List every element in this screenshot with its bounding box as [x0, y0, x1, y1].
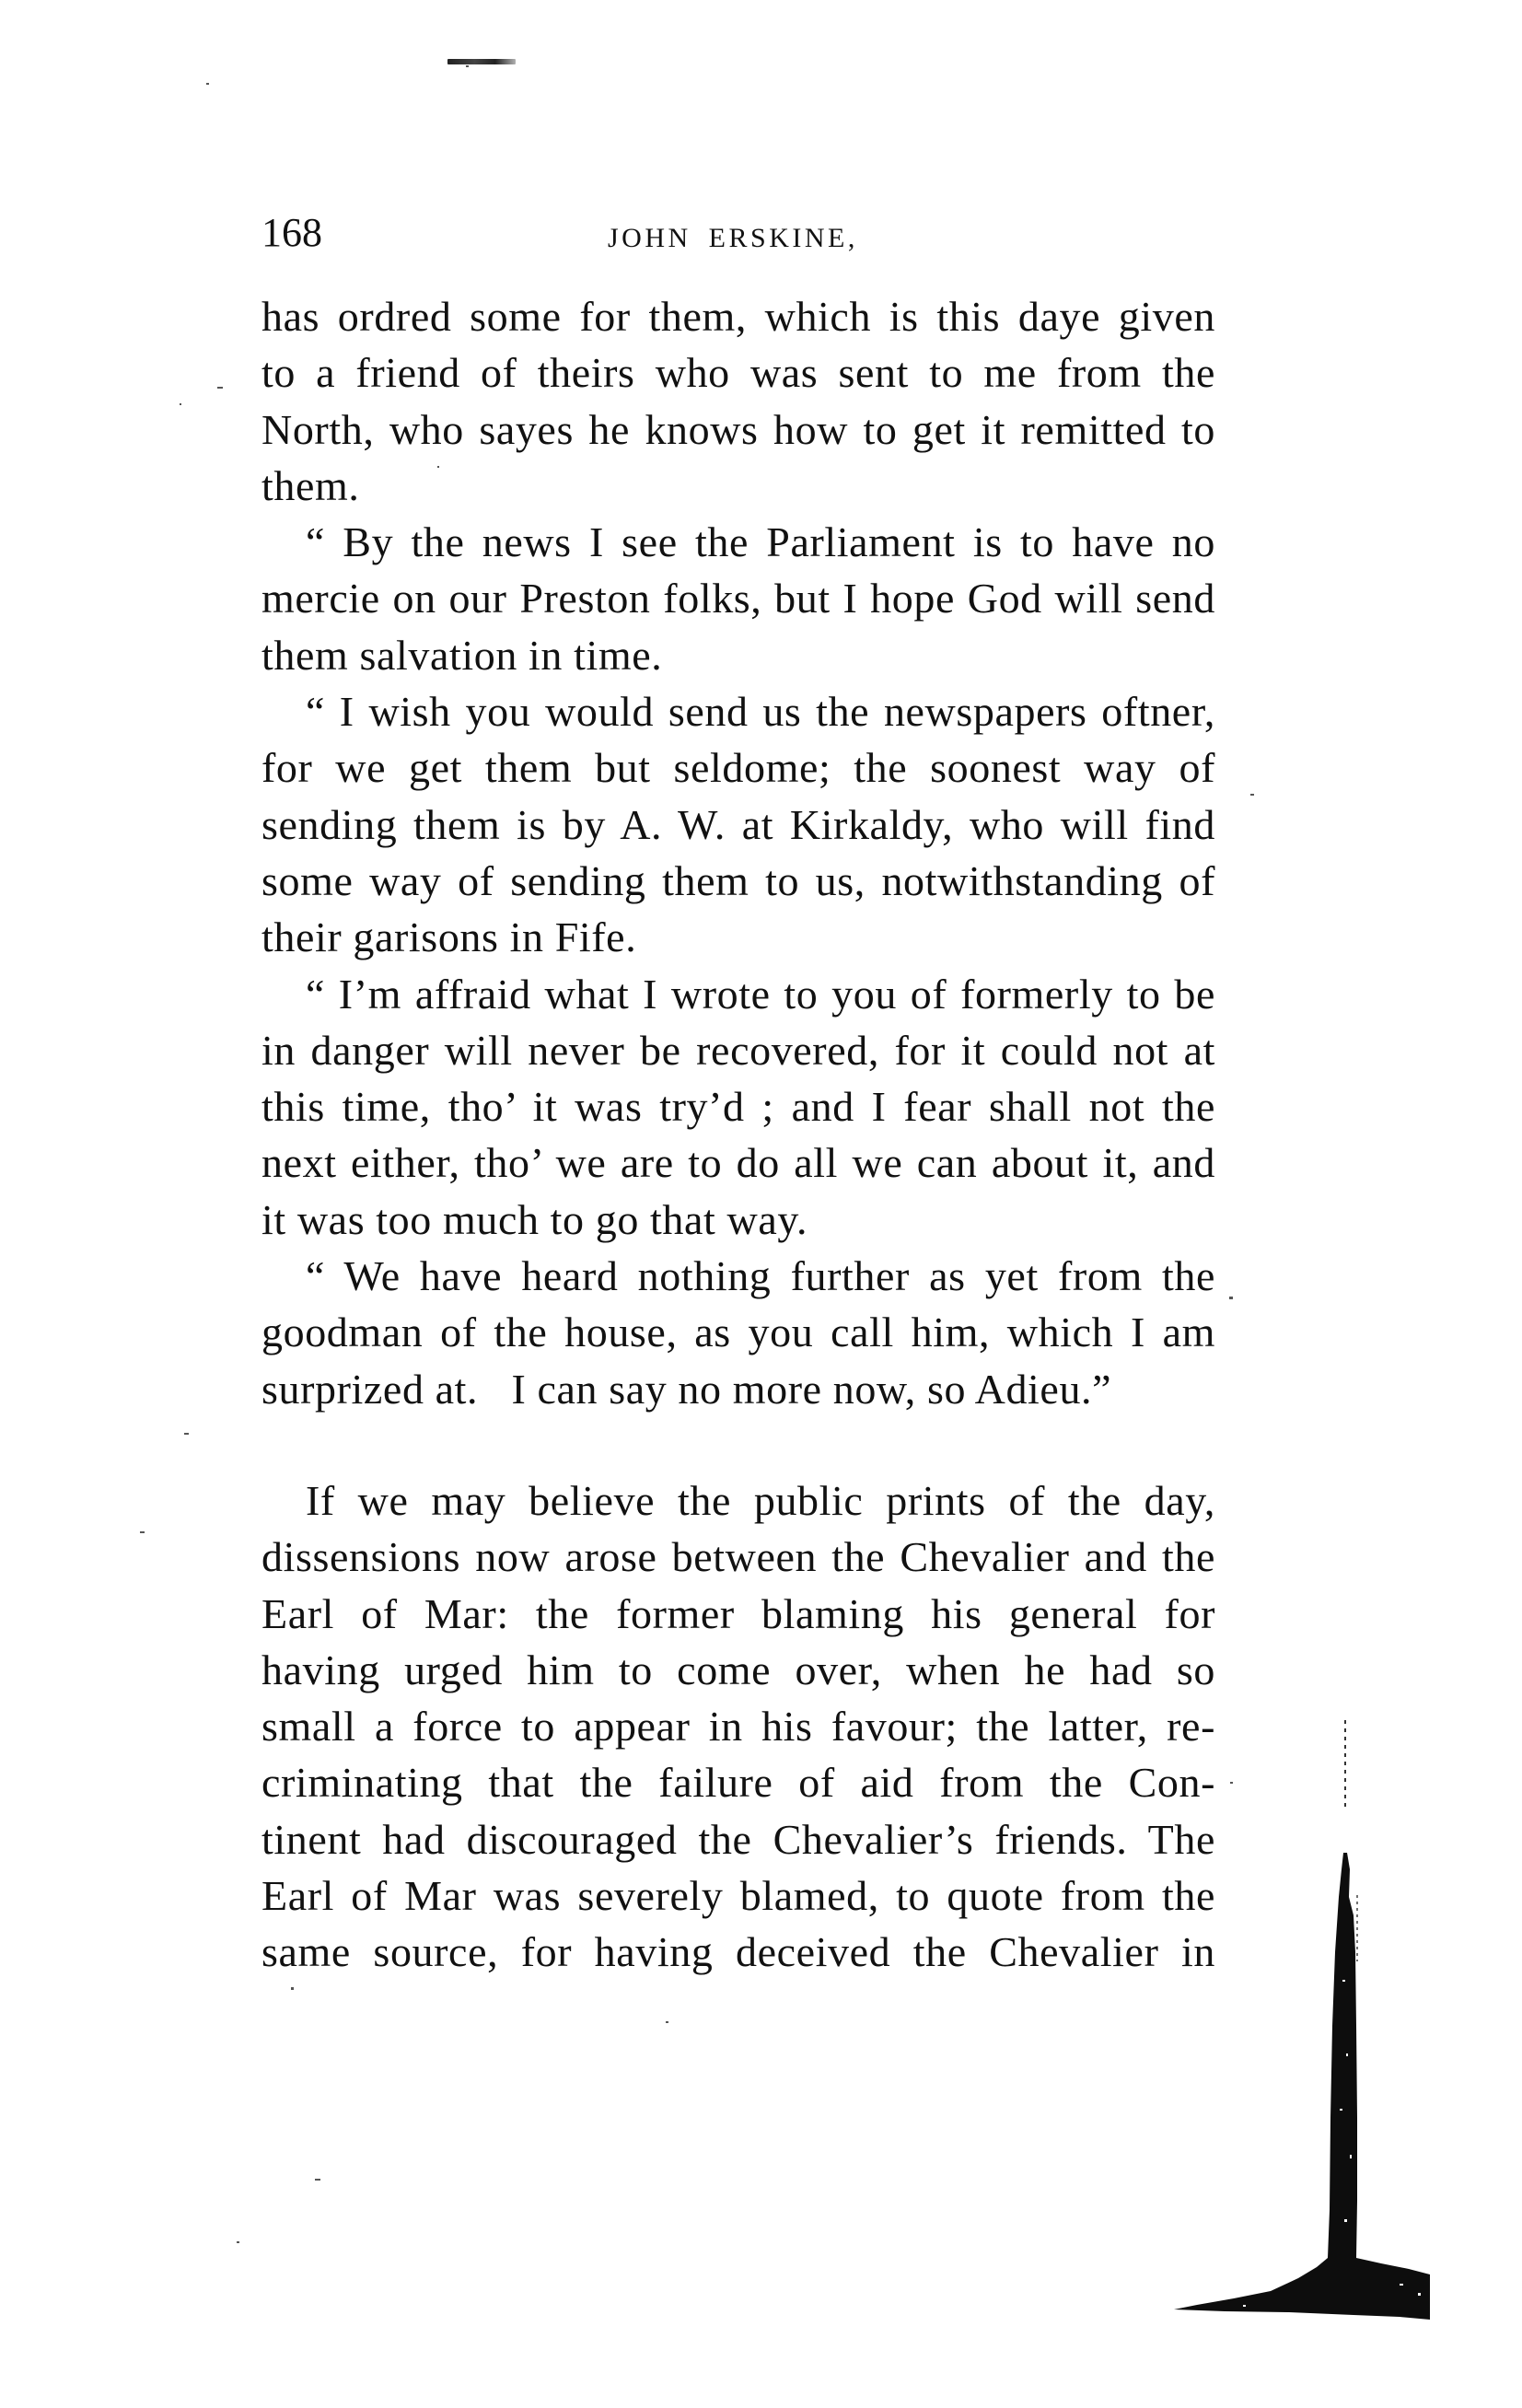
text-line: criminating that the failure of aid from…: [261, 1754, 1215, 1810]
text-line: to a friend of theirs who was sent to me…: [261, 344, 1215, 401]
scan-speck: [184, 1433, 189, 1435]
binding-shadow-artifact: [1169, 1713, 1446, 2330]
text-line: in danger will never be recovered, for i…: [261, 1022, 1215, 1078]
scan-speck: [140, 1531, 145, 1533]
scan-speck: [180, 403, 181, 405]
text-line: this time, tho’ it was try’d ; and I fea…: [261, 1078, 1215, 1134]
text-line: some way of sending them to us, notwiths…: [261, 853, 1215, 909]
text-line: their garisons in Fife.: [261, 909, 1215, 965]
paragraph-gap: [261, 1417, 1215, 1472]
text-line: them salvation in time.: [261, 627, 1215, 683]
text-line: dissensions now arose between the Cheval…: [261, 1529, 1215, 1585]
text-line: If we may believe the public prints of t…: [261, 1472, 1215, 1529]
text-line: for we get them but seldome; the soonest…: [261, 739, 1215, 796]
scanned-book-page: 168 JOHN ERSKINE, has ordred some for th…: [0, 0, 1522, 2408]
text-line: surprized at. I can say no more now, so …: [261, 1361, 1215, 1417]
running-title: JOHN ERSKINE,: [608, 215, 858, 262]
text-line: “ By the news I see the Parliament is to…: [261, 514, 1215, 570]
body-text: has ordred some for them, which is this …: [261, 288, 1215, 1981]
text-line: having urged him to come over, when he h…: [261, 1642, 1215, 1698]
text-line: has ordred some for them, which is this …: [261, 288, 1215, 344]
scan-speck: [666, 2021, 668, 2023]
text-line: Earl of Mar: the former blaming his gene…: [261, 1586, 1215, 1642]
scan-speck: [217, 387, 223, 389]
text-line: goodman of the house, as you call him, w…: [261, 1304, 1215, 1360]
text-line: “ We have heard nothing further as yet f…: [261, 1248, 1215, 1304]
text-line: small a force to appear in his favour; t…: [261, 1698, 1215, 1754]
scan-speck: [237, 2241, 239, 2243]
scan-speck: [1250, 794, 1254, 796]
text-line: North, who sayes he knows how to get it …: [261, 401, 1215, 458]
text-line: next either, tho’ we are to do all we ca…: [261, 1134, 1215, 1191]
text-line: “ I wish you would send us the newspaper…: [261, 683, 1215, 739]
text-line: same source, for having deceived the Che…: [261, 1924, 1215, 1980]
text-line: sending them is by A. W. at Kirkaldy, wh…: [261, 797, 1215, 853]
text-line: tinent had discouraged the Chevalier’s f…: [261, 1811, 1215, 1867]
scan-speck: [291, 1987, 294, 1990]
scan-speck: [437, 466, 439, 468]
text-line: “ I’m affraid what I wrote to you of for…: [261, 966, 1215, 1022]
scan-speck: [1229, 1297, 1233, 1299]
scan-speck: [315, 2179, 320, 2181]
page-number: 168: [261, 210, 322, 256]
running-head: 168 JOHN ERSKINE,: [261, 210, 1215, 256]
scan-smudge-top: [447, 59, 516, 64]
text-line: Earl of Mar was severely blamed, to quot…: [261, 1867, 1215, 1924]
text-line: it was too much to go that way.: [261, 1192, 1215, 1248]
text-line: them.: [261, 458, 1215, 514]
text-line: mercie on our Preston folks, but I hope …: [261, 570, 1215, 626]
scan-speck: [206, 83, 209, 85]
